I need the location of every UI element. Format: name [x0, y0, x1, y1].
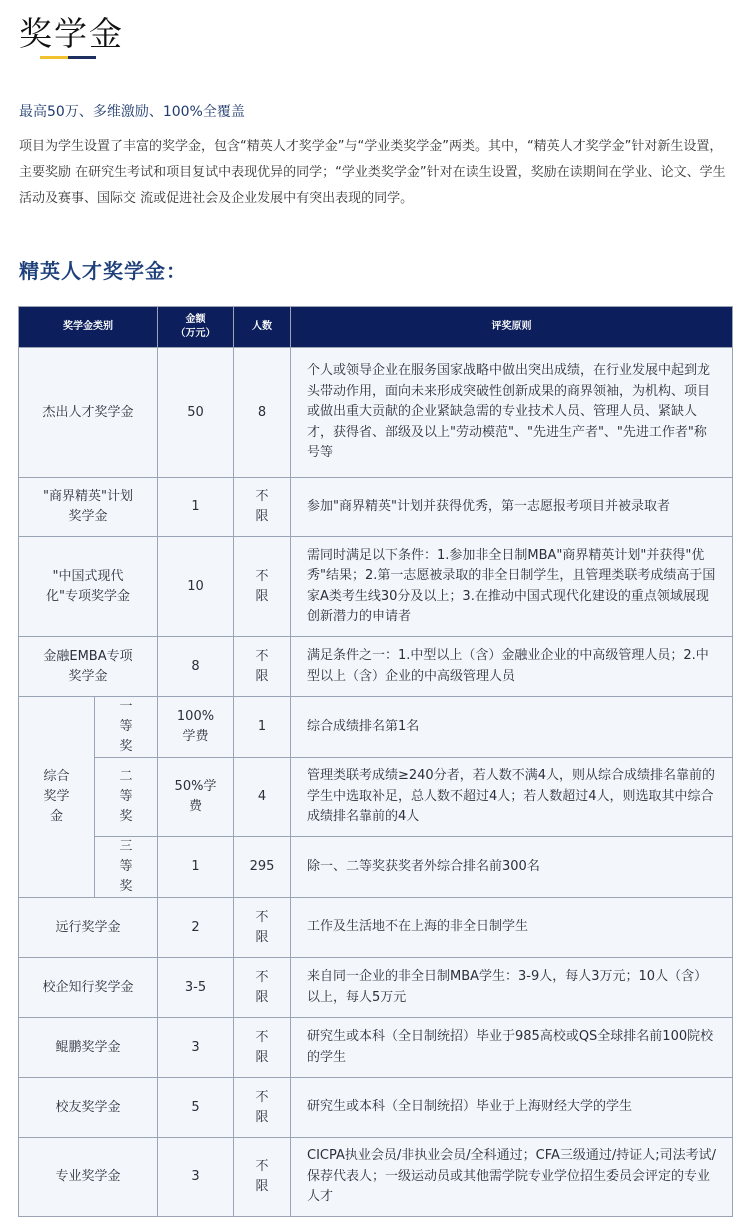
header-amount-line1: 金额 — [186, 314, 206, 325]
table-row: 校企知行奖学金 3-5 不限 来自同一企业的非全日制MBA学生：3-9人，每人3… — [19, 958, 733, 1018]
row-category: 鲲鹏奖学金 — [19, 1018, 158, 1078]
subtitle: 最高50万、多维激励、100%全覆盖 — [19, 101, 245, 121]
table-row: "中国式现代化"专项奖学金 10 不限 需同时满足以下条件：1.参加非全日制MB… — [19, 537, 733, 637]
title-underline — [40, 56, 96, 59]
row-criteria: 个人或领导企业在服务国家战略中做出突出成绩，在行业发展中起到龙头带动作用，面向未… — [291, 348, 733, 478]
table-row: 杰出人才奖学金 50 8 个人或领导企业在服务国家战略中做出突出成绩，在行业发展… — [19, 348, 733, 478]
row-count: 8 — [234, 348, 291, 478]
table-row: "商界精英"计划奖学金 1 不限 参加"商界精英"计划并获得优秀，第一志愿报考项… — [19, 478, 733, 537]
row-count: 不限 — [234, 1018, 291, 1078]
header-count: 人数 — [234, 307, 291, 348]
row-criteria: 满足条件之一：1.中型以上（含）金融业企业的中高级管理人员；2.中型以上（含）企… — [291, 637, 733, 697]
table-row: 鲲鹏奖学金 3 不限 研究生或本科（全日制统招）毕业于985高校或QS全球排名前… — [19, 1018, 733, 1078]
composite-criteria: 管理类联考成绩≥240分者，若人数不满4人，则从综合成绩排名靠前的学生中选取补足… — [291, 758, 733, 837]
table-row: 金融EMBA专项奖学金 8 不限 满足条件之一：1.中型以上（含）金融业企业的中… — [19, 637, 733, 697]
composite-criteria: 除一、二等奖获奖者外综合排名前300名 — [291, 837, 733, 898]
section-title: 精英人才奖学金： — [19, 255, 187, 284]
header-criteria: 评奖原则 — [291, 307, 733, 348]
row-amount: 3-5 — [158, 958, 234, 1018]
table-header-row: 奖学金类别 金额（万元） 人数 评奖原则 — [19, 307, 733, 348]
composite-amount: 50%学费 — [158, 758, 234, 837]
header-category: 奖学金类别 — [19, 307, 158, 348]
composite-count: 4 — [234, 758, 291, 837]
row-criteria: 来自同一企业的非全日制MBA学生：3-9人，每人3万元；10人（含）以上，每人5… — [291, 958, 733, 1018]
row-amount: 10 — [158, 537, 234, 637]
row-category: 专业奖学金 — [19, 1138, 158, 1217]
row-amount: 3 — [158, 1018, 234, 1078]
table-row: 校友奖学金 5 不限 研究生或本科（全日制统招）毕业于上海财经大学的学生 — [19, 1078, 733, 1138]
composite-tier: 三等奖 — [95, 837, 158, 898]
row-count: 不限 — [234, 478, 291, 537]
row-count: 不限 — [234, 958, 291, 1018]
composite-amount: 1 — [158, 837, 234, 898]
row-amount: 3 — [158, 1138, 234, 1217]
row-category: 杰出人才奖学金 — [19, 348, 158, 478]
row-count: 不限 — [234, 898, 291, 958]
row-count: 不限 — [234, 637, 291, 697]
row-category: 远行奖学金 — [19, 898, 158, 958]
row-criteria: 研究生或本科（全日制统招）毕业于985高校或QS全球排名前100院校的学生 — [291, 1018, 733, 1078]
row-amount: 8 — [158, 637, 234, 697]
composite-criteria: 综合成绩排名第1名 — [291, 697, 733, 758]
intro-paragraph: 项目为学生设置了丰富的奖学金，包含“精英人才奖学金”与“学业类奖学金”两类。其中… — [19, 134, 731, 212]
header-amount: 金额（万元） — [158, 307, 234, 348]
table-row: 专业奖学金 3 不限 CICPA执业会员/非执业会员/全科通过；CFA三级通过/… — [19, 1138, 733, 1217]
row-category: 校友奖学金 — [19, 1078, 158, 1138]
row-count: 不限 — [234, 1078, 291, 1138]
row-count: 不限 — [234, 537, 291, 637]
table-row-composite: 综合奖学金 一等奖 100%学费 1 综合成绩排名第1名 — [19, 697, 733, 758]
scholarship-table: 奖学金类别 金额（万元） 人数 评奖原则 杰出人才奖学金 50 8 个人或领导企… — [18, 306, 733, 1217]
row-amount: 2 — [158, 898, 234, 958]
composite-count: 1 — [234, 697, 291, 758]
underline-yellow-segment — [40, 56, 68, 59]
underline-navy-segment — [68, 56, 96, 59]
composite-category: 综合奖学金 — [19, 697, 95, 898]
row-category: 校企知行奖学金 — [19, 958, 158, 1018]
composite-tier: 二等奖 — [95, 758, 158, 837]
row-criteria: 工作及生活地不在上海的非全日制学生 — [291, 898, 733, 958]
header-amount-line2: （万元） — [176, 328, 216, 339]
composite-count: 295 — [234, 837, 291, 898]
row-criteria: CICPA执业会员/非执业会员/全科通过；CFA三级通过/持证人;司法考试/保荐… — [291, 1138, 733, 1217]
row-category: "中国式现代化"专项奖学金 — [19, 537, 158, 637]
table-row-composite: 三等奖 1 295 除一、二等奖获奖者外综合排名前300名 — [19, 837, 733, 898]
page-title: 奖学金 — [19, 8, 124, 55]
row-criteria: 需同时满足以下条件：1.参加非全日制MBA"商界精英计划"并获得"优秀"结果；2… — [291, 537, 733, 637]
composite-tier: 一等奖 — [95, 697, 158, 758]
row-amount: 1 — [158, 478, 234, 537]
row-count: 不限 — [234, 1138, 291, 1217]
table-row: 远行奖学金 2 不限 工作及生活地不在上海的非全日制学生 — [19, 898, 733, 958]
row-amount: 5 — [158, 1078, 234, 1138]
table-row-composite: 二等奖 50%学费 4 管理类联考成绩≥240分者，若人数不满4人，则从综合成绩… — [19, 758, 733, 837]
row-criteria: 研究生或本科（全日制统招）毕业于上海财经大学的学生 — [291, 1078, 733, 1138]
row-amount: 50 — [158, 348, 234, 478]
composite-amount: 100%学费 — [158, 697, 234, 758]
row-category: 金融EMBA专项奖学金 — [19, 637, 158, 697]
row-criteria: 参加"商界精英"计划并获得优秀，第一志愿报考项目并被录取者 — [291, 478, 733, 537]
row-category: "商界精英"计划奖学金 — [19, 478, 158, 537]
